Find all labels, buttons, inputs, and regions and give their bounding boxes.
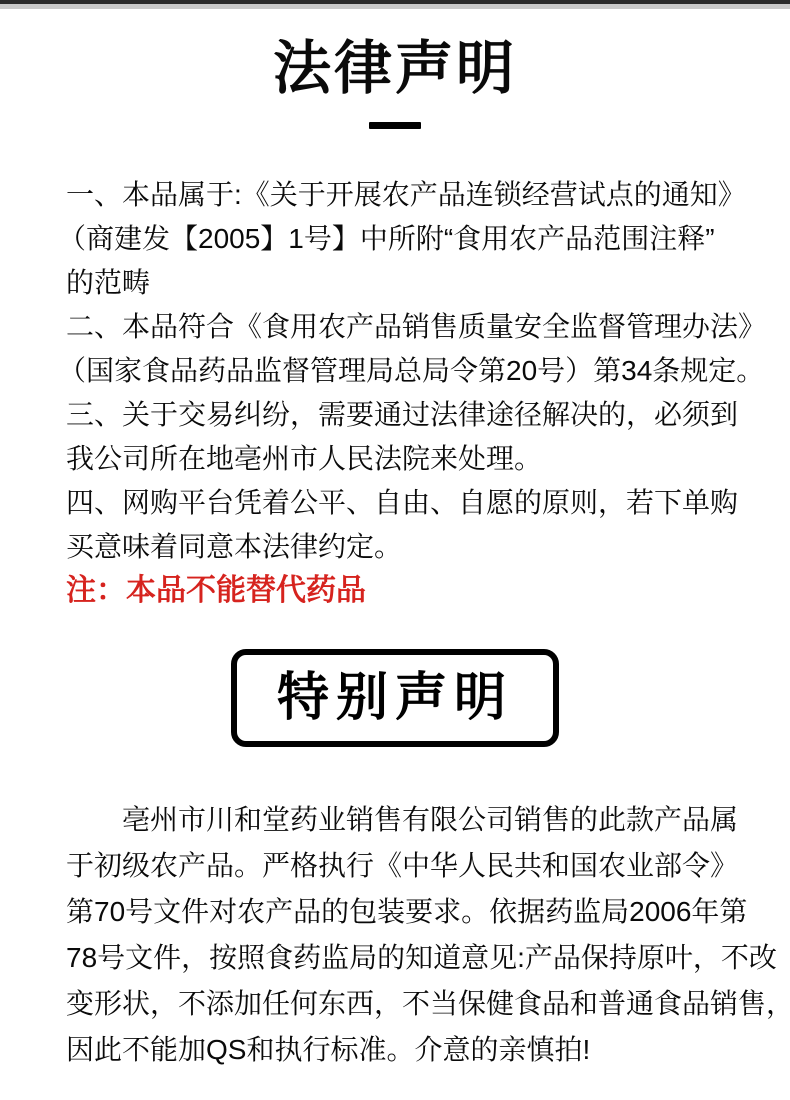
- legal-line: （商建发【2005】1号】中所附“食用农产品范围注释”: [58, 217, 754, 261]
- paragraph-line: 于初级农产品。严格执行《中华人民共和国农业部令》: [66, 843, 754, 889]
- page-title: 法律声明: [0, 36, 790, 102]
- paragraph-line: 亳州市川和堂药业销售有限公司销售的此款产品属: [66, 797, 754, 843]
- special-statement-paragraph: 亳州市川和堂药业销售有限公司销售的此款产品属 于初级农产品。严格执行《中华人民共…: [66, 797, 754, 1073]
- legal-line: 的范畴: [66, 261, 754, 305]
- paragraph-line: 变形状，不添加任何东西，不当保健食品和普通食品销售，: [66, 981, 754, 1027]
- legal-notice-page: 法律声明 一、本品属于:《关于开展农产品连锁经营试点的通知》 （商建发【2005…: [0, 0, 790, 1073]
- legal-statements: 一、本品属于:《关于开展农产品连锁经营试点的通知》 （商建发【2005】1号】中…: [66, 173, 754, 613]
- legal-line: 四、网购平台凭着公平、自由、自愿的原则，若下单购: [66, 481, 754, 525]
- legal-line: （国家食品药品监督管理局总局令第20号）第34条规定。: [58, 349, 754, 393]
- special-statement-title: 特别声明: [277, 667, 513, 729]
- title-divider: [369, 122, 421, 129]
- no-substitute-medicine-note: 注：本品不能替代药品: [66, 569, 754, 613]
- special-statement-section: 特别声明: [0, 649, 790, 747]
- paragraph-line: 78号文件，按照食药监局的知道意见:产品保持原叶，不改: [66, 935, 754, 981]
- legal-line: 二、本品符合《食用农产品销售质量安全监督管理办法》: [66, 305, 754, 349]
- legal-line: 三、关于交易纠纷，需要通过法律途径解决的，必须到: [66, 393, 754, 437]
- top-edge-light-bar: [0, 4, 790, 9]
- paragraph-line: 因此不能加QS和执行标准。介意的亲慎拍!: [66, 1027, 754, 1073]
- paragraph-line: 第70号文件对农产品的包装要求。依据药监局2006年第: [66, 889, 754, 935]
- legal-line: 一、本品属于:《关于开展农产品连锁经营试点的通知》: [66, 173, 754, 217]
- legal-line: 我公司所在地亳州市人民法院来处理。: [66, 437, 754, 481]
- special-statement-box: 特别声明: [231, 649, 559, 747]
- legal-line: 买意味着同意本法律约定。: [66, 525, 754, 569]
